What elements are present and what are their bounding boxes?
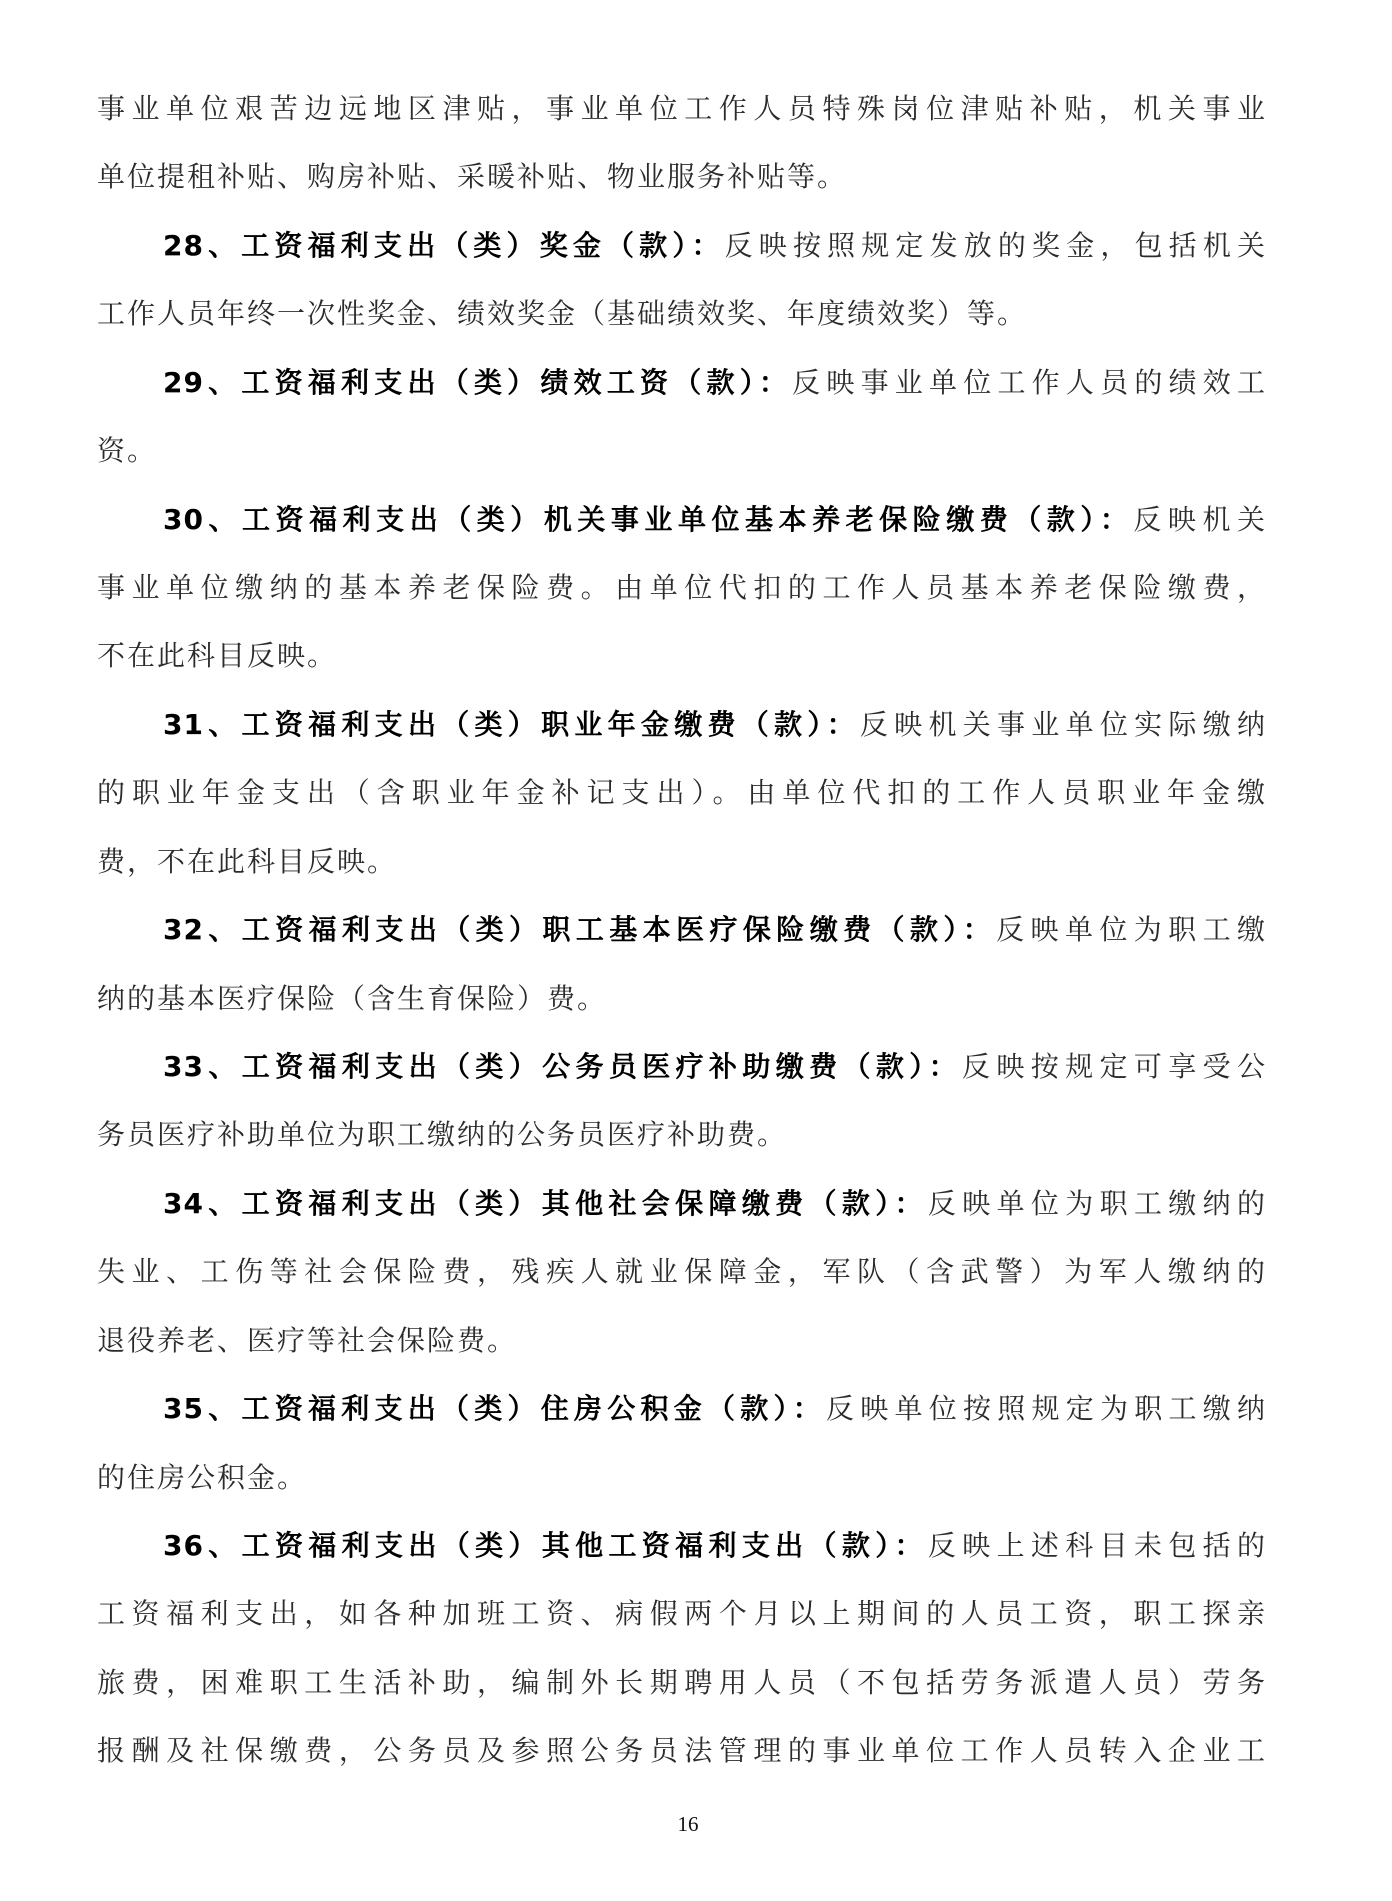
paragraph-31-line-3: 费，不在此科目反映。 — [97, 842, 1267, 882]
body-text: 的职业年金支出（含职业年金补记支出）。由单位代扣的工作人员职业年金缴 — [97, 776, 1267, 809]
body-text: 事业单位缴纳的基本养老保险费。由单位代扣的工作人员基本养老保险缴费， — [97, 571, 1267, 604]
paragraph-32-line-2: 纳的基本医疗保险（含生育保险）费。 — [97, 979, 1267, 1019]
paragraph-35-line-1: 35、工资福利支出（类）住房公积金（款）：反映单位按照规定为职工缴纳 — [163, 1389, 1267, 1429]
body-text: 资。 — [97, 434, 157, 467]
item-heading: 36、工资福利支出（类）其他工资福利支出（款）： — [163, 1529, 928, 1562]
body-text: 不在此科目反映。 — [97, 639, 337, 672]
body-text: 反映单位为职工缴 — [996, 913, 1267, 946]
item-heading: 35、工资福利支出（类）住房公积金（款）： — [163, 1392, 826, 1425]
document-page: 事业单位艰苦边远地区津贴，事业单位工作人员特殊岗位津贴补贴，机关事业 单位提租补… — [0, 0, 1392, 1901]
body-text: 事业单位艰苦边远地区津贴，事业单位工作人员特殊岗位津贴补贴，机关事业 — [97, 92, 1267, 125]
paragraph-36-line-3: 旅费，困难职工生活补助，编制外长期聘用人员（不包括劳务派遣人员）劳务 — [97, 1663, 1267, 1703]
paragraph-33-line-2: 务员医疗补助单位为职工缴纳的公务员医疗补助费。 — [97, 1115, 1267, 1155]
paragraph-31-line-2: 的职业年金支出（含职业年金补记支出）。由单位代扣的工作人员职业年金缴 — [97, 773, 1267, 813]
paragraph-30-line-1: 30、工资福利支出（类）机关事业单位基本养老保险缴费（款）：反映机关 — [163, 500, 1267, 540]
item-heading: 28、工资福利支出（类）奖金（款）： — [163, 229, 725, 262]
paragraph-28-line-1: 28、工资福利支出（类）奖金（款）：反映按照规定发放的奖金，包括机关 — [163, 226, 1267, 266]
paragraph-36-line-2: 工资福利支出，如各种加班工资、病假两个月以上期间的人员工资，职工探亲 — [97, 1594, 1267, 1634]
body-text: 纳的基本医疗保险（含生育保险）费。 — [97, 982, 607, 1015]
item-heading: 32、工资福利支出（类）职工基本医疗保险缴费（款）： — [163, 913, 996, 946]
item-heading: 30、工资福利支出（类）机关事业单位基本养老保险缴费（款）： — [163, 503, 1133, 536]
body-text: 反映按照规定发放的奖金，包括机关 — [725, 229, 1267, 262]
paragraph-36-line-1: 36、工资福利支出（类）其他工资福利支出（款）：反映上述科目未包括的 — [163, 1526, 1267, 1566]
paragraph-33-line-1: 33、工资福利支出（类）公务员医疗补助缴费（款）：反映按规定可享受公 — [163, 1047, 1267, 1087]
body-text: 反映单位按照规定为职工缴纳 — [826, 1392, 1267, 1425]
item-heading: 31、工资福利支出（类）职业年金缴费（款）： — [163, 708, 860, 741]
paragraph-34-line-2: 失业、工伤等社会保险费，残疾人就业保障金，军队（含武警）为军人缴纳的 — [97, 1252, 1267, 1292]
paragraph-32-line-1: 32、工资福利支出（类）职工基本医疗保险缴费（款）：反映单位为职工缴 — [163, 910, 1267, 950]
paragraph-29-line-1: 29、工资福利支出（类）绩效工资（款）：反映事业单位工作人员的绩效工 — [163, 363, 1267, 403]
body-text: 反映机关 — [1133, 503, 1267, 536]
paragraph-30-line-2: 事业单位缴纳的基本养老保险费。由单位代扣的工作人员基本养老保险缴费， — [97, 568, 1267, 608]
body-text: 退役养老、医疗等社会保险费。 — [97, 1324, 517, 1357]
paragraph-29-line-2: 资。 — [97, 431, 1267, 471]
body-text: 反映机关事业单位实际缴纳 — [860, 708, 1267, 741]
page-number: 16 — [660, 1812, 716, 1837]
paragraph-27-line-2: 单位提租补贴、购房补贴、采暖补贴、物业服务补贴等。 — [97, 157, 1267, 197]
body-text: 反映事业单位工作人员的绩效工 — [792, 366, 1267, 399]
body-text: 旅费，困难职工生活补助，编制外长期聘用人员（不包括劳务派遣人员）劳务 — [97, 1666, 1267, 1699]
item-heading: 33、工资福利支出（类）公务员医疗补助缴费（款）： — [163, 1050, 962, 1083]
item-heading: 34、工资福利支出（类）其他社会保障缴费（款）： — [163, 1187, 928, 1220]
body-text: 费，不在此科目反映。 — [97, 845, 397, 878]
paragraph-34-line-1: 34、工资福利支出（类）其他社会保障缴费（款）：反映单位为职工缴纳的 — [163, 1184, 1267, 1224]
body-text: 反映按规定可享受公 — [962, 1050, 1267, 1083]
paragraph-27-line-1: 事业单位艰苦边远地区津贴，事业单位工作人员特殊岗位津贴补贴，机关事业 — [97, 89, 1267, 129]
body-text: 报酬及社保缴费，公务员及参照公务员法管理的事业单位工作人员转入企业工 — [97, 1734, 1267, 1767]
paragraph-34-line-3: 退役养老、医疗等社会保险费。 — [97, 1321, 1267, 1361]
body-text: 单位提租补贴、购房补贴、采暖补贴、物业服务补贴等。 — [97, 160, 847, 193]
paragraph-30-line-3: 不在此科目反映。 — [97, 636, 1267, 676]
paragraph-28-line-2: 工作人员年终一次性奖金、绩效奖金（基础绩效奖、年度绩效奖）等。 — [97, 294, 1267, 334]
body-text: 的住房公积金。 — [97, 1461, 307, 1494]
body-text: 务员医疗补助单位为职工缴纳的公务员医疗补助费。 — [97, 1118, 787, 1151]
body-text: 工资福利支出，如各种加班工资、病假两个月以上期间的人员工资，职工探亲 — [97, 1597, 1267, 1630]
body-text: 工作人员年终一次性奖金、绩效奖金（基础绩效奖、年度绩效奖）等。 — [97, 297, 1027, 330]
item-heading: 29、工资福利支出（类）绩效工资（款）： — [163, 366, 792, 399]
paragraph-31-line-1: 31、工资福利支出（类）职业年金缴费（款）：反映机关事业单位实际缴纳 — [163, 705, 1267, 745]
body-text: 反映上述科目未包括的 — [928, 1529, 1267, 1562]
paragraph-36-line-4: 报酬及社保缴费，公务员及参照公务员法管理的事业单位工作人员转入企业工 — [97, 1731, 1267, 1771]
body-text: 反映单位为职工缴纳的 — [928, 1187, 1267, 1220]
body-text: 失业、工伤等社会保险费，残疾人就业保障金，军队（含武警）为军人缴纳的 — [97, 1255, 1267, 1288]
paragraph-35-line-2: 的住房公积金。 — [97, 1458, 1267, 1498]
